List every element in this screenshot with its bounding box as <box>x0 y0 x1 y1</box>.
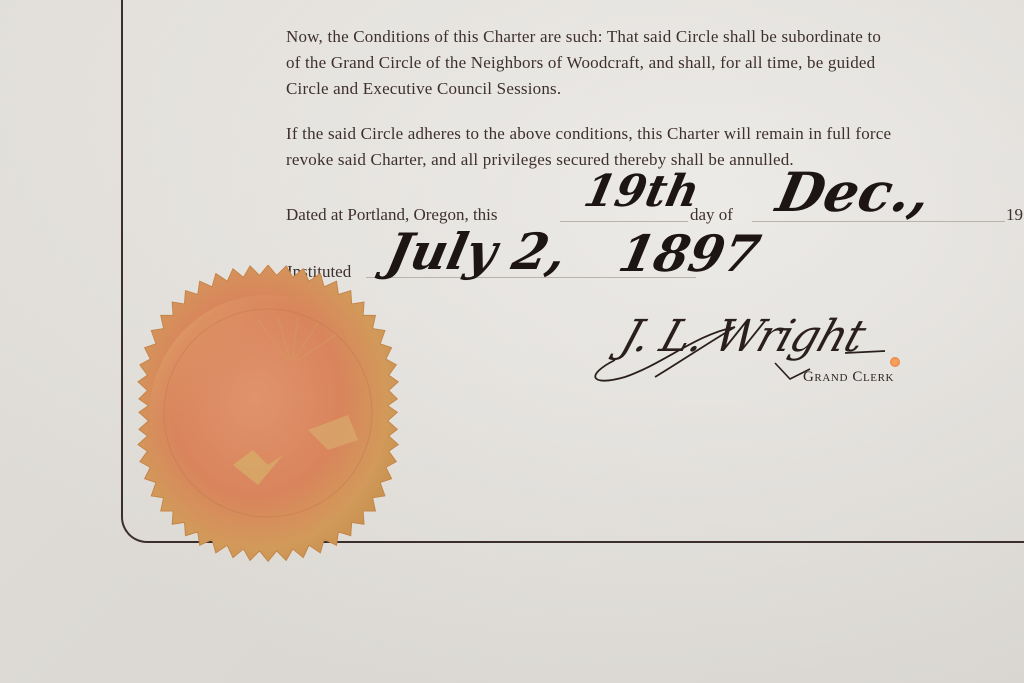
paragraph-revoke-line-2: revoke said Charter, and all privileges … <box>286 150 794 170</box>
seal-starburst-icon <box>118 265 418 565</box>
day-of-label: day of <box>690 205 733 225</box>
day-fill-line <box>560 221 688 222</box>
orange-spot <box>890 357 900 367</box>
gold-foil-seal <box>118 265 418 565</box>
handwritten-instituted-year: 1897 <box>614 224 766 283</box>
paragraph-conditions-line-3: Circle and Executive Council Sessions. <box>286 79 561 99</box>
handwritten-month: Dec., <box>771 160 936 224</box>
paragraph-conditions-line-2: of the Grand Circle of the Neighbors of … <box>286 53 875 73</box>
paragraph-revoke-line-1: If the said Circle adheres to the above … <box>286 124 891 144</box>
handwritten-day: 19th <box>580 166 704 217</box>
paragraph-conditions-line-1: Now, the Conditions of this Charter are … <box>286 27 881 47</box>
year-prefix: 19 <box>1006 205 1023 225</box>
signature-title: Grand Clerk <box>803 369 894 386</box>
signature-name: J. L. Wright <box>615 311 872 362</box>
